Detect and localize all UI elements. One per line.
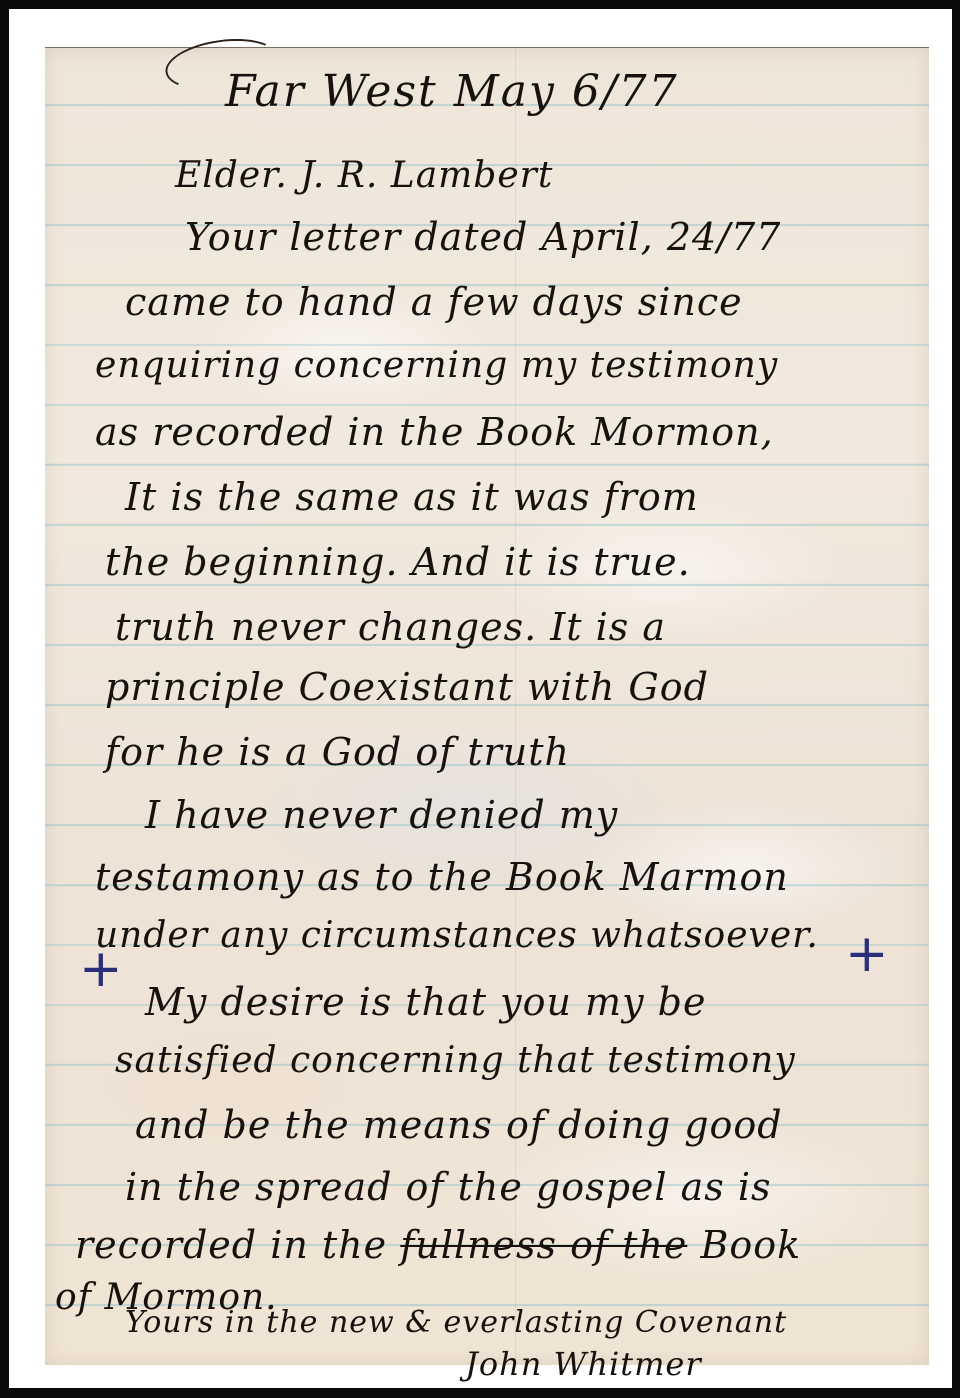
- body-line-15: and be the means of doing good: [135, 1106, 783, 1144]
- body-line-12: under any circumstances whatsoever.: [95, 918, 819, 954]
- place-date-heading: Far West May 6/77: [225, 70, 679, 114]
- body-line-5: It is the same as it was from: [125, 478, 699, 516]
- body-line-17-before: recorded in the: [75, 1223, 387, 1267]
- body-line-14: satisfied concerning that testimony: [115, 1043, 796, 1079]
- signature: John Whitmer: [465, 1348, 702, 1380]
- letter-paper: Far West May 6/77 Elder. J. R. Lambert Y…: [45, 47, 929, 1365]
- body-line-9: for he is a God of truth: [105, 733, 570, 771]
- left-margin-cross-mark: +: [79, 943, 123, 995]
- body-line-6: the beginning. And it is true.: [105, 543, 691, 581]
- body-line-4: as recorded in the Book Mormon,: [95, 413, 774, 451]
- body-line-17-after: Book: [700, 1223, 801, 1267]
- body-line-8: principle Coexistant with God: [105, 668, 709, 706]
- body-line-1: Your letter dated April, 24/77: [185, 218, 781, 256]
- body-line-11: testamony as to the Book Marmon: [95, 858, 789, 896]
- body-line-16: in the spread of the gospel as is: [125, 1168, 772, 1206]
- closing-line: Yours in the new & everlasting Covenant: [125, 1308, 787, 1338]
- photo-mat: Far West May 6/77 Elder. J. R. Lambert Y…: [9, 9, 952, 1388]
- body-line-3: enquiring concerning my testimony: [95, 348, 778, 384]
- body-line-2: came to hand a few days since: [125, 283, 743, 321]
- body-line-10: I have never denied my: [145, 796, 618, 834]
- struck-through-words: fullness of the: [400, 1223, 687, 1267]
- body-line-13: My desire is that you my be: [145, 983, 706, 1021]
- body-line-17: recorded in the fullness of the Book: [75, 1226, 801, 1264]
- body-line-7: truth never changes. It is a: [115, 608, 666, 646]
- right-margin-cross-mark: +: [845, 928, 889, 980]
- salutation: Elder. J. R. Lambert: [175, 158, 553, 194]
